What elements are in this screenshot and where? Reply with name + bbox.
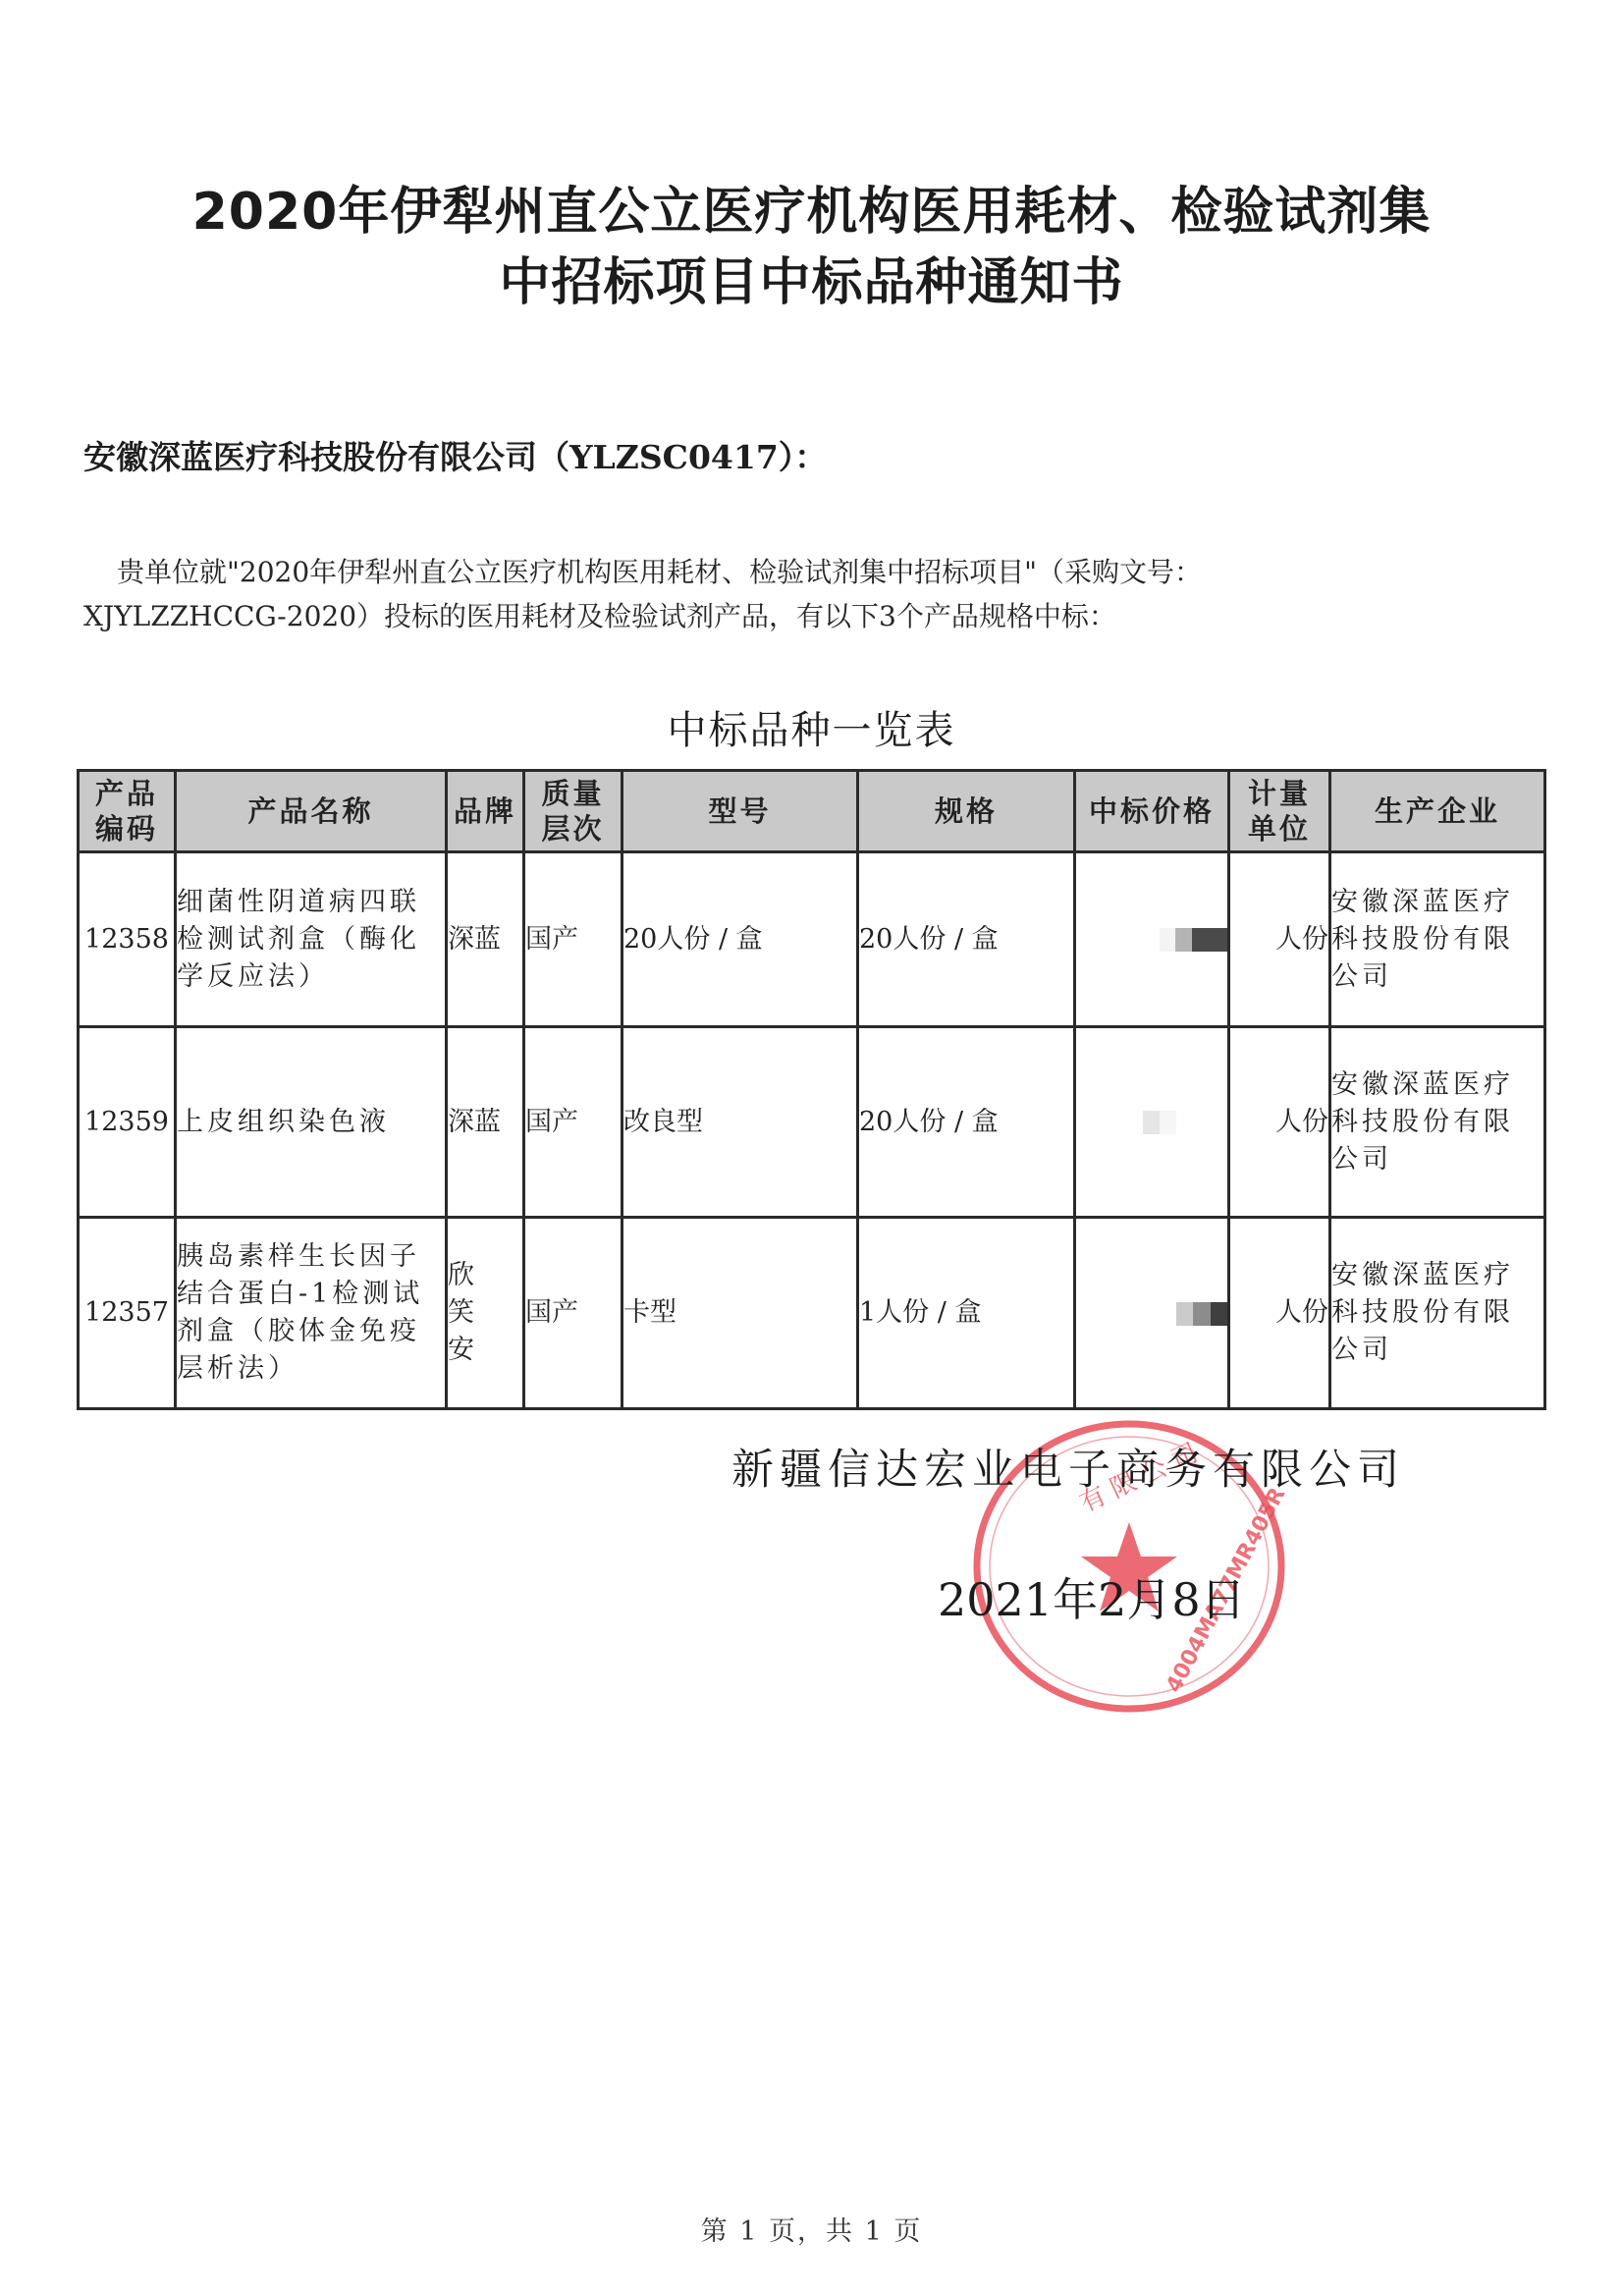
header-product-name: 产品名称 bbox=[176, 771, 447, 852]
cell-manufacturer: 安徽深蓝医疗科技股份有限公司 bbox=[1330, 852, 1545, 1027]
cell-manufacturer: 安徽深蓝医疗科技股份有限公司 bbox=[1330, 1027, 1545, 1218]
cell-brand: 深蓝 bbox=[447, 852, 524, 1027]
table-caption: 中标品种一览表 bbox=[0, 699, 1623, 755]
cell-model: 20人份 / 盒 bbox=[622, 852, 858, 1027]
cell-name: 细菌性阴道病四联检测试剂盒（酶化学反应法） bbox=[176, 852, 447, 1027]
cell-quality: 国产 bbox=[524, 1027, 622, 1218]
header-unit: 计量单位 bbox=[1229, 771, 1330, 852]
header-quality-level: 质量层次 bbox=[524, 771, 622, 852]
cell-model: 卡型 bbox=[622, 1218, 858, 1409]
cell-quality: 国产 bbox=[524, 1218, 622, 1409]
cell-brand: 深蓝 bbox=[447, 1027, 524, 1218]
cell-unit: 人份 bbox=[1229, 1027, 1330, 1218]
cell-spec: 1人份 / 盒 bbox=[858, 1218, 1075, 1409]
winning-products-table: 产品编码 产品名称 品牌 质量层次 型号 规格 中标价格 计量单位 生产企业 1… bbox=[77, 769, 1546, 1410]
header-brand: 品牌 bbox=[447, 771, 524, 852]
cell-spec: 20人份 / 盒 bbox=[858, 852, 1075, 1027]
header-product-code: 产品编码 bbox=[79, 771, 176, 852]
issuer-company: 新疆信达宏业电子商务有限公司 bbox=[731, 1437, 1405, 1497]
cell-price-redacted bbox=[1075, 1027, 1229, 1218]
header-price: 中标价格 bbox=[1075, 771, 1229, 852]
table-row: 12357 胰岛素样生长因子结合蛋白-1检测试剂盒（胶体金免疫层析法） 欣笑安 … bbox=[79, 1218, 1545, 1409]
cell-manufacturer: 安徽深蓝医疗科技股份有限公司 bbox=[1330, 1218, 1545, 1409]
title-line-2: 中招标项目中标品种通知书 bbox=[0, 247, 1623, 318]
cell-unit: 人份 bbox=[1229, 852, 1330, 1027]
cell-brand: 欣笑安 bbox=[447, 1218, 524, 1409]
cell-spec: 20人份 / 盒 bbox=[858, 1027, 1075, 1218]
header-model: 型号 bbox=[622, 771, 858, 852]
cell-price-redacted bbox=[1075, 852, 1229, 1027]
page-number: 第 1 页，共 1 页 bbox=[0, 2210, 1623, 2248]
table-row: 12358 细菌性阴道病四联检测试剂盒（酶化学反应法） 深蓝 国产 20人份 /… bbox=[79, 852, 1545, 1027]
header-spec: 规格 bbox=[858, 771, 1075, 852]
header-manufacturer: 生产企业 bbox=[1330, 771, 1545, 852]
title-line-1: 2020年伊犁州直公立医疗机构医用耗材、检验试剂集 bbox=[0, 177, 1623, 247]
cell-quality: 国产 bbox=[524, 852, 622, 1027]
cell-code: 12358 bbox=[79, 852, 176, 1027]
issue-date: 2021年2月8日 bbox=[938, 1564, 1246, 1629]
cell-name: 上皮组织染色液 bbox=[176, 1027, 447, 1218]
cell-code: 12359 bbox=[79, 1027, 176, 1218]
notice-paragraph: 贵单位就"2020年伊犁州直公立医疗机构医用耗材、检验试剂集中招标项目"（采购文… bbox=[83, 550, 1389, 638]
document-title: 2020年伊犁州直公立医疗机构医用耗材、检验试剂集 中招标项目中标品种通知书 bbox=[0, 177, 1623, 318]
table-row: 12359 上皮组织染色液 深蓝 国产 改良型 20人份 / 盒 人份 安徽深蓝… bbox=[79, 1027, 1545, 1218]
cell-price-redacted bbox=[1075, 1218, 1229, 1409]
table-header-row: 产品编码 产品名称 品牌 质量层次 型号 规格 中标价格 计量单位 生产企业 bbox=[79, 771, 1545, 852]
cell-model: 改良型 bbox=[622, 1027, 858, 1218]
cell-unit: 人份 bbox=[1229, 1218, 1330, 1409]
addressee: 安徽深蓝医疗科技股份有限公司（YLZSC0417）： bbox=[83, 432, 827, 478]
cell-code: 12357 bbox=[79, 1218, 176, 1409]
cell-name: 胰岛素样生长因子结合蛋白-1检测试剂盒（胶体金免疫层析法） bbox=[176, 1218, 447, 1409]
